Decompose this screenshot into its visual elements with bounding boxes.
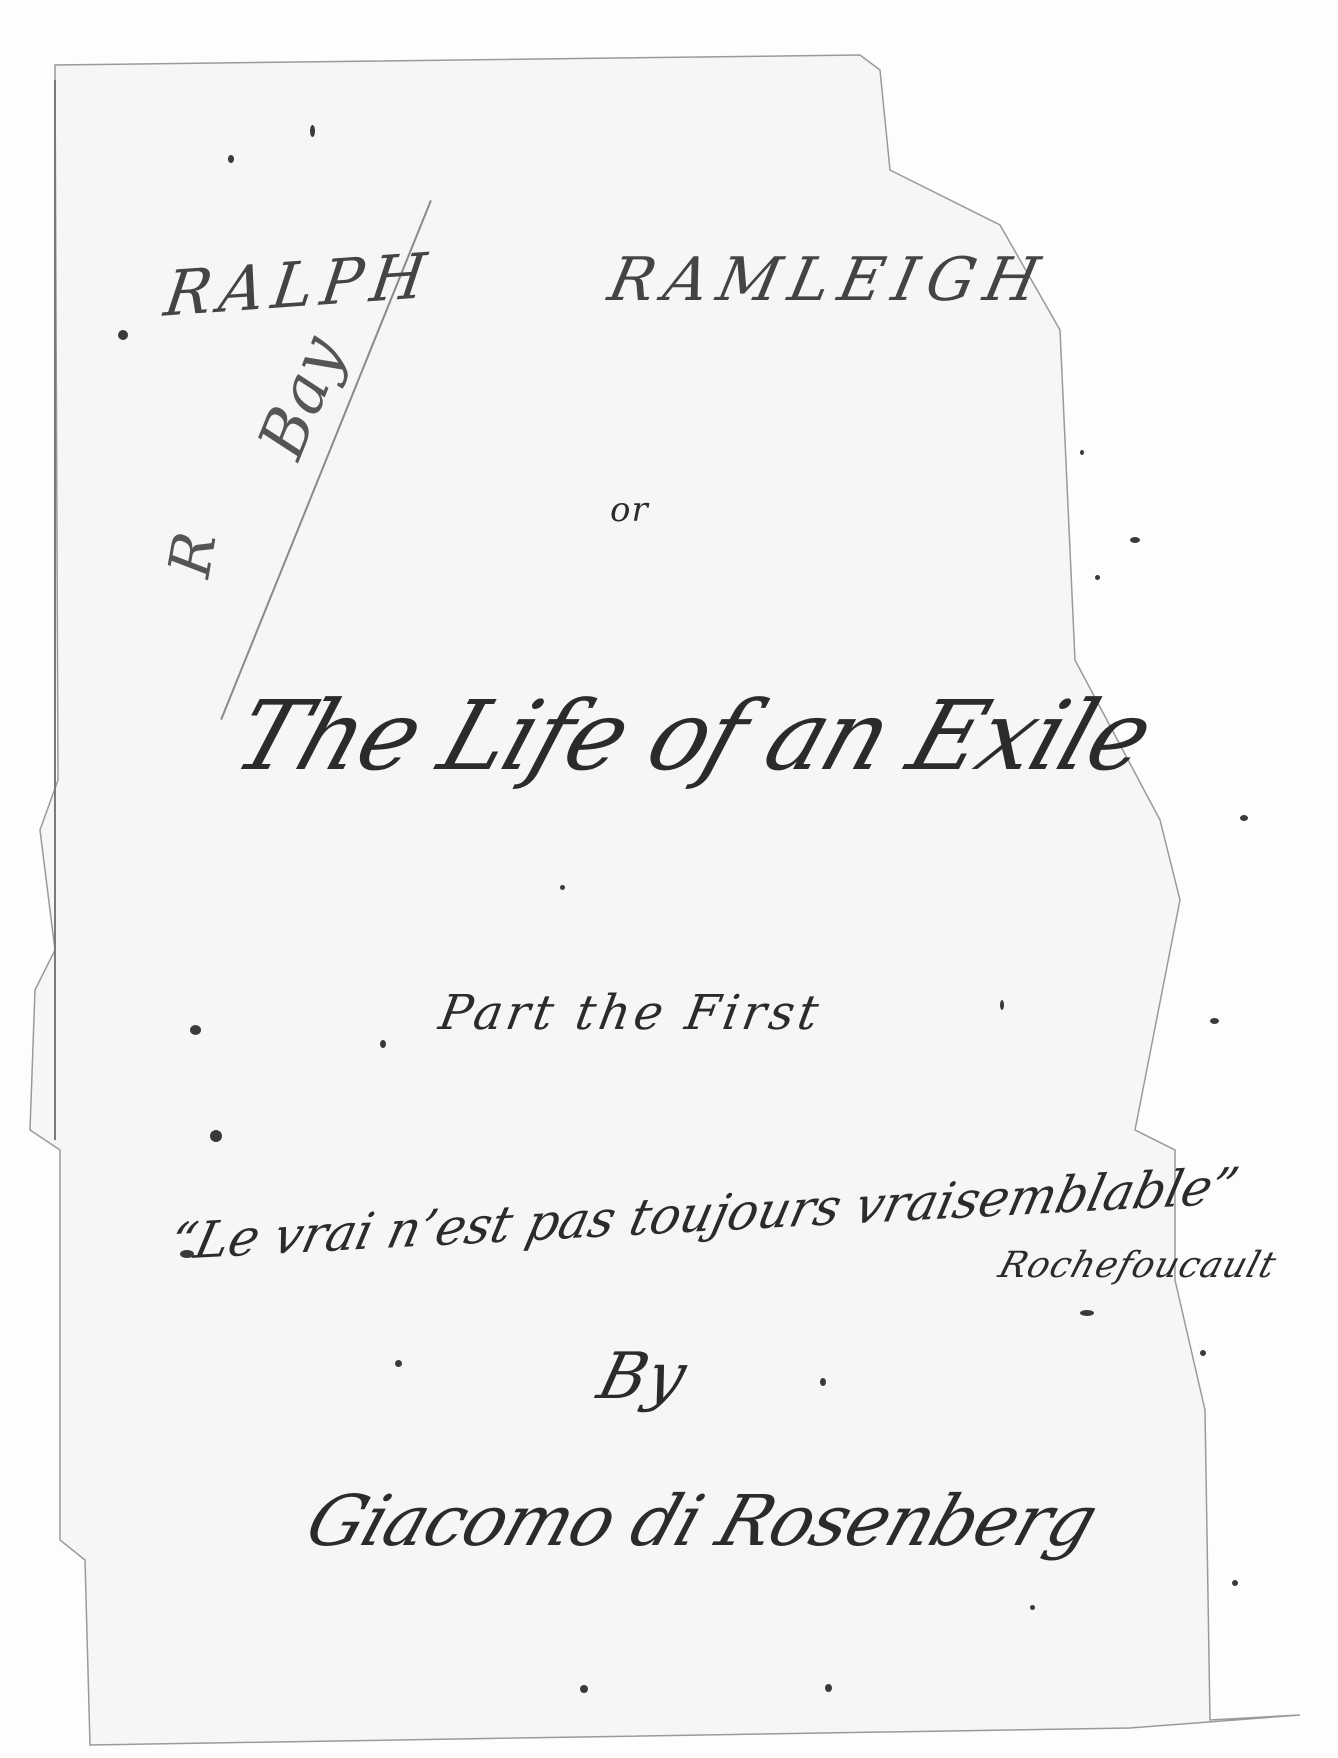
ink-speck [380, 1040, 386, 1048]
manuscript-scan: RALPH RAMLEIGH Bay R or The Life of an E… [0, 0, 1338, 1758]
ink-speck [210, 1130, 222, 1142]
title-connector: or [610, 490, 649, 530]
ink-speck [228, 155, 234, 163]
part-heading: Part the First [435, 985, 827, 1041]
ink-speck [190, 1025, 201, 1035]
ink-speck [1095, 575, 1100, 580]
ink-speck [560, 885, 565, 890]
epigraph-attribution: Rochefoucault [994, 1245, 1281, 1286]
ink-speck [1200, 1350, 1206, 1356]
ink-speck [1210, 1018, 1219, 1024]
ink-speck [1000, 1000, 1004, 1010]
ink-speck [1240, 815, 1248, 821]
ink-speck [395, 1360, 402, 1367]
ink-speck [180, 1250, 194, 1258]
ink-speck [1080, 450, 1084, 455]
ink-speck [118, 330, 128, 340]
ink-speck [1232, 1580, 1238, 1586]
author-name: Giacomo di Rosenberg [297, 1480, 1107, 1562]
ink-speck [825, 1684, 832, 1692]
title-surname: RAMLEIGH [603, 245, 1055, 315]
ink-speck [310, 125, 315, 137]
ink-speck [580, 1685, 588, 1693]
subtitle: The Life of an Exile [222, 680, 1165, 792]
ink-speck [820, 1378, 826, 1386]
ink-speck [1080, 1310, 1094, 1316]
ink-speck [1130, 537, 1140, 543]
ink-speck [1030, 1605, 1035, 1610]
